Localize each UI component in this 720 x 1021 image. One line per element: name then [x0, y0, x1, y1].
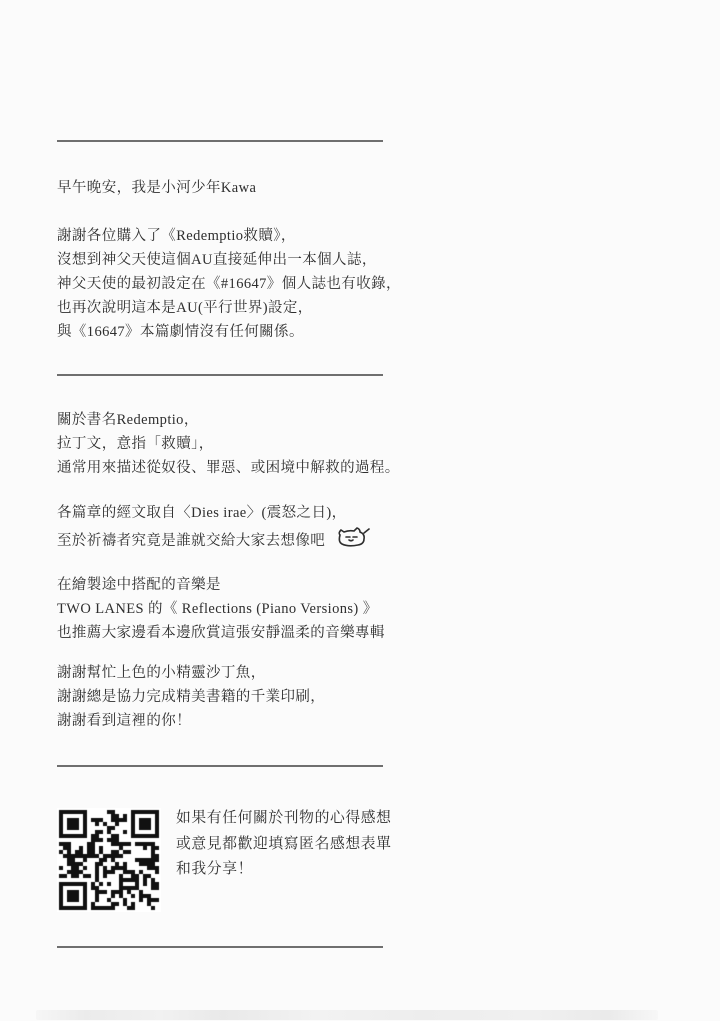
afterword-page: 早午晚安，我是小河少年Kawa 謝謝各位購入了《Redemptio救贖》， 沒想…: [0, 0, 720, 1021]
naming-line: 通常用來描述從奴役、罪惡、或困境中解救的過程。: [57, 456, 400, 480]
naming-line: 拉丁文，意指「救贖」，: [57, 432, 400, 456]
music-note-paragraph: 在繪製途中搭配的音樂是 TWO LANES 的《 Reflections (Pi…: [57, 573, 385, 645]
feedback-line: 和我分享！: [176, 857, 392, 883]
page-scan-edge-shadow: [36, 1010, 658, 1020]
section-divider-1: [57, 140, 383, 142]
feedback-note: 如果有任何關於刊物的心得感想 或意見都歡迎填寫匿名感想表單 和我分享！: [176, 806, 392, 883]
greeting-line: 早午晚安，我是小河少年Kawa: [57, 176, 256, 200]
scripture-line: 各篇章的經文取自〈Dies irae〉(震怒之日)，: [57, 501, 371, 525]
intro-line: 與《16647》本篇劇情沒有任何關係。: [57, 320, 401, 344]
thanks-line: 謝謝總是協力完成精美書籍的千業印刷，: [57, 685, 325, 709]
thanks-line: 謝謝幫忙上色的小精靈沙丁魚，: [57, 661, 325, 685]
intro-line: 謝謝各位購入了《Redemptio救贖》，: [57, 224, 401, 248]
thanks-line: 謝謝看到這裡的你！: [57, 709, 325, 733]
book-title-note-paragraph: 關於書名Redemptio， 拉丁文，意指「救贖」， 通常用來描述從奴役、罪惡、…: [57, 408, 400, 480]
naming-line: 關於書名Redemptio，: [57, 408, 400, 432]
section-divider-4: [57, 946, 383, 948]
cat-face-doodle-icon: [335, 525, 371, 559]
intro-line: 沒想到神父天使這個AU直接延伸出一本個人誌，: [57, 248, 401, 272]
music-line: TWO LANES 的《 Reflections (Piano Versions…: [57, 597, 385, 621]
music-line: 也推薦大家邊看本邊欣賞這張安靜溫柔的音樂專輯: [57, 621, 385, 645]
intro-line: 神父天使的最初設定在《#16647》個人誌也有收錄，: [57, 272, 401, 296]
section-divider-2: [57, 374, 383, 376]
thanks-paragraph: 謝謝幫忙上色的小精靈沙丁魚， 謝謝總是協力完成精美書籍的千業印刷， 謝謝看到這裡…: [57, 661, 325, 733]
feedback-line: 如果有任何關於刊物的心得感想: [176, 806, 392, 832]
section-divider-3: [57, 765, 383, 767]
scripture-line-text: 至於祈禱者究竟是誰就交給大家去想像吧: [57, 533, 325, 549]
qr-code: [57, 808, 161, 912]
scripture-line: 至於祈禱者究竟是誰就交給大家去想像吧: [57, 525, 371, 559]
feedback-line: 或意見都歡迎填寫匿名感想表單: [176, 832, 392, 858]
greeting-paragraph: 早午晚安，我是小河少年Kawa: [57, 176, 256, 200]
scripture-note-paragraph: 各篇章的經文取自〈Dies irae〉(震怒之日)， 至於祈禱者究竟是誰就交給大…: [57, 501, 371, 559]
music-line: 在繪製途中搭配的音樂是: [57, 573, 385, 597]
intro-paragraph: 謝謝各位購入了《Redemptio救贖》， 沒想到神父天使這個AU直接延伸出一本…: [57, 224, 401, 344]
intro-line: 也再次說明這本是AU(平行世界)設定，: [57, 296, 401, 320]
